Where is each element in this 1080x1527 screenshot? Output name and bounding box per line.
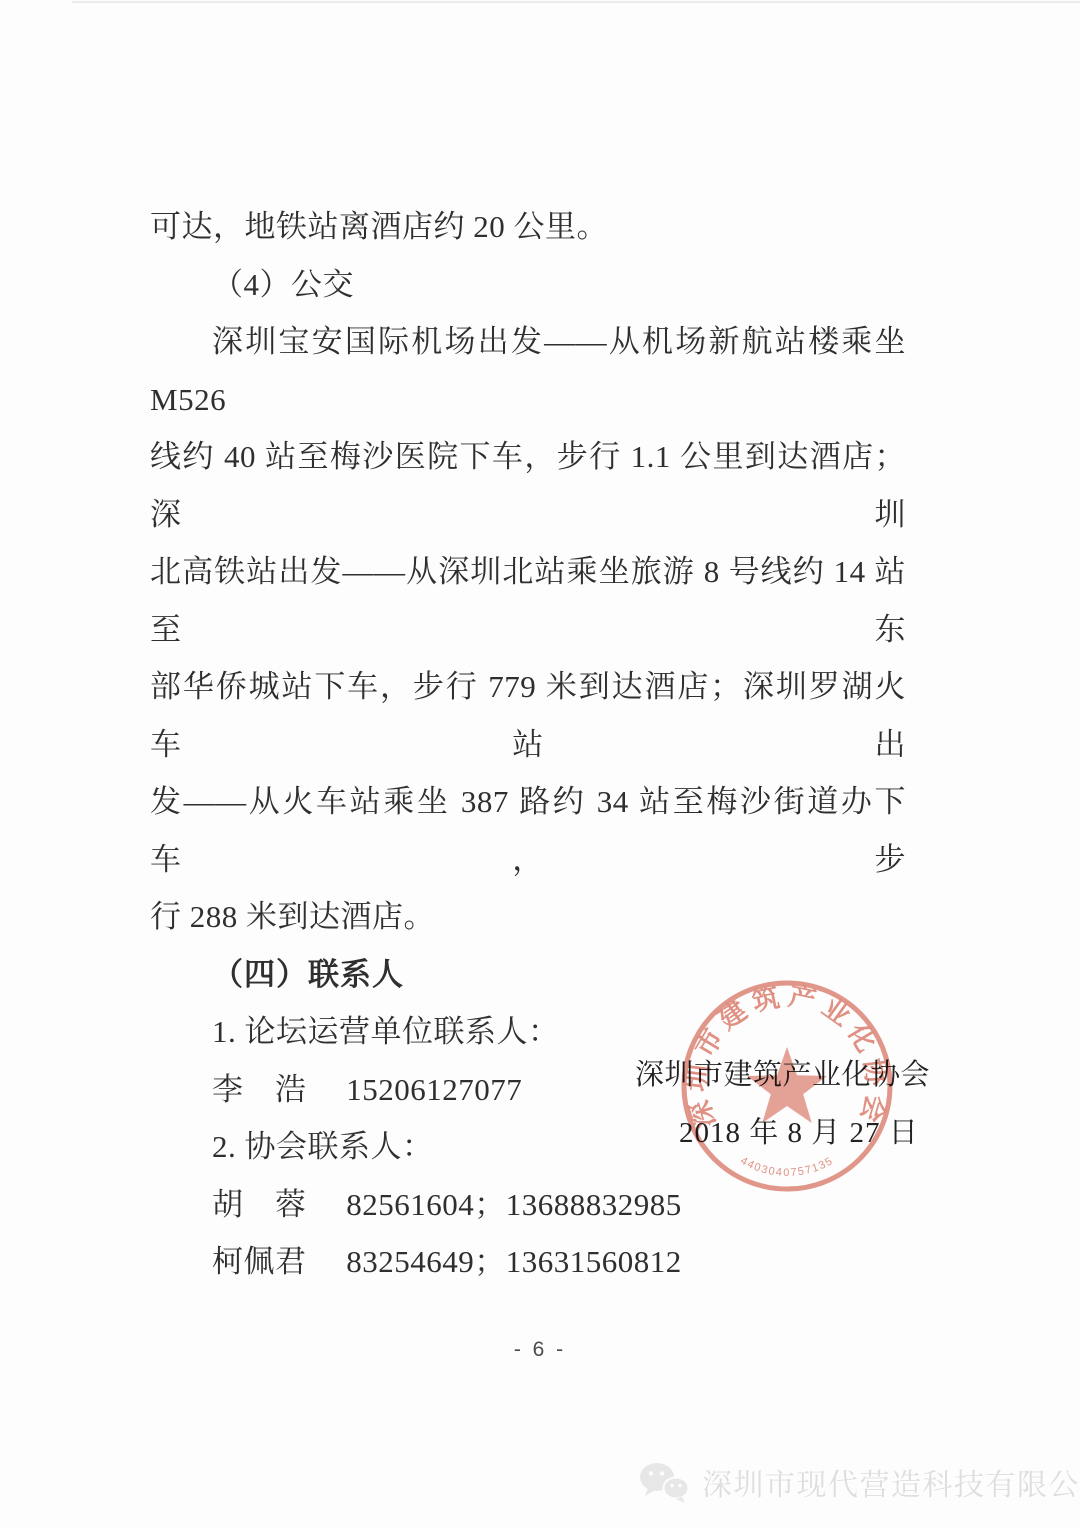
body-line: 发——从火车站乘坐 387 路约 34 站至梅沙街道办下车，步 bbox=[150, 773, 906, 888]
body-line: 深圳宝安国际机场出发——从机场新航站楼乘坐 M526 bbox=[150, 313, 906, 428]
page-top-edge bbox=[72, 1, 1080, 3]
document-page: 可达，地铁站离酒店约 20 公里。 （4）公交 深圳宝安国际机场出发——从机场新… bbox=[0, 0, 1080, 1527]
body-line: 可达，地铁站离酒店约 20 公里。 bbox=[150, 198, 906, 256]
body-line: 线约 40 站至梅沙医院下车，步行 1.1 公里到达酒店；深圳 bbox=[150, 428, 906, 543]
seal-star-icon bbox=[747, 1047, 827, 1123]
body-line: 北高铁站出发——从深圳北站乘坐旅游 8 号线约 14 站至东 bbox=[150, 543, 906, 658]
seal-serial: 4403040757135 bbox=[738, 1155, 835, 1179]
body-line: （4）公交 bbox=[150, 256, 906, 314]
body-line: 部华侨城站下车，步行 779 米到达酒店；深圳罗湖火车站出 bbox=[150, 658, 906, 773]
wechat-icon bbox=[636, 1458, 692, 1506]
footer-company-name: 深圳市现代营造科技有限公司 bbox=[702, 1460, 1080, 1504]
page-number: - 6 - bbox=[0, 1338, 1080, 1362]
official-seal: 深圳市建筑产业化协会 4403040757135 bbox=[672, 971, 902, 1201]
contact-line: 柯佩君 83254649；13631560812 bbox=[150, 1233, 906, 1291]
body-line: 行 288 米到达酒店。 bbox=[150, 888, 906, 946]
footer-watermark: 深圳市现代营造科技有限公司 bbox=[636, 1458, 1080, 1506]
